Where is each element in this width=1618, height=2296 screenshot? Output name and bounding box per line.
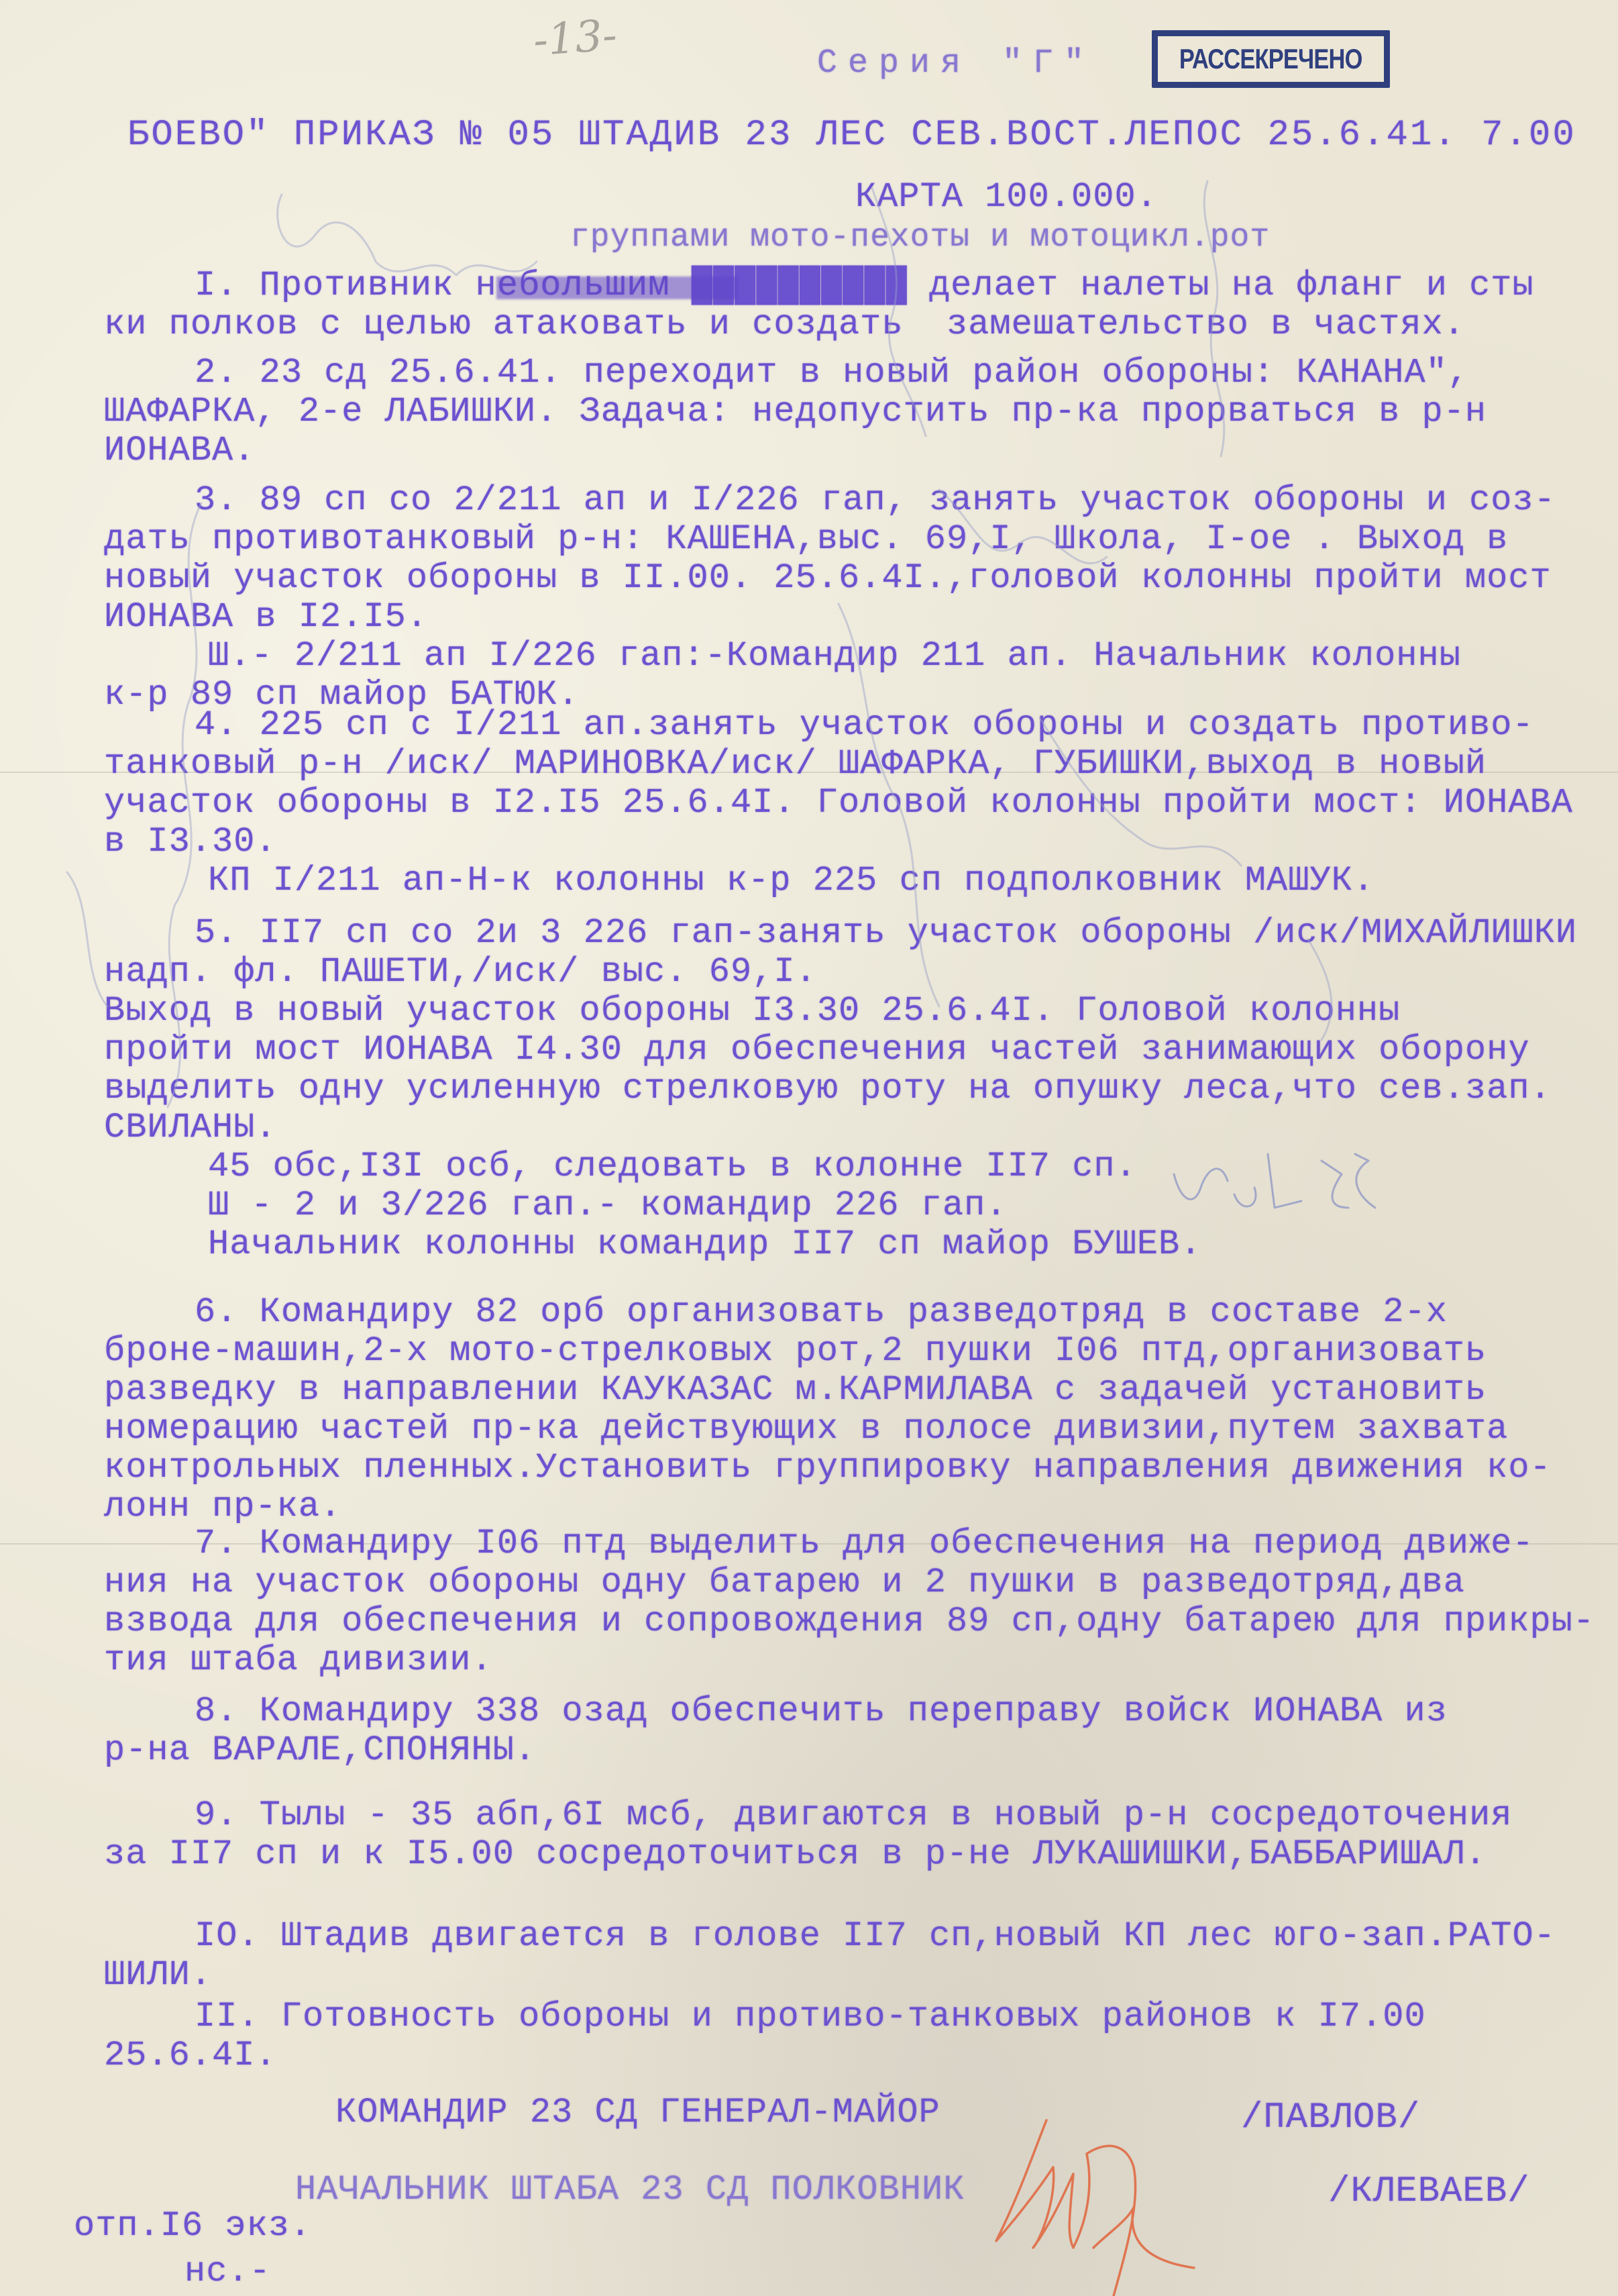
- paragraph-10-line: IO. Штадив двигается в голове II7 сп,нов…: [195, 1919, 1556, 1954]
- paragraph-8-line: 8. Командиру 338 озад обеспечить перепра…: [195, 1694, 1448, 1729]
- paragraph-9-line: 9. Тылы - 35 абп,6I мсб, двигаются в нов…: [195, 1798, 1513, 1833]
- paragraph-6-line: контрольных пленных.Установить группиров…: [104, 1451, 1552, 1485]
- paragraph-6-line: 6. Командиру 82 орб организовать разведо…: [195, 1295, 1448, 1330]
- red-signature-icon: [993, 2114, 1214, 2296]
- document-title: БОЕВО" ПРИКАЗ № 05 ШТАДИВ 23 ЛЕС СЕВ.ВОС…: [127, 117, 1576, 154]
- page-number: -13-: [532, 11, 619, 66]
- signature-title-chief-of-staff: НАЧАЛЬНИК ШТАБА 23 СД ПОЛКОВНИК: [295, 2173, 965, 2207]
- paragraph-8-line: р-на ВАРАЛЕ,СПОНЯНЫ.: [104, 1733, 536, 1768]
- paragraph-5-line: Начальник колонны командир II7 сп майор …: [208, 1227, 1201, 1262]
- pencil-annotation-icon: [0, 168, 1618, 1174]
- paragraph-6-line: разведку в направлении КАУКАЗАС м.КАРМИЛ…: [104, 1373, 1487, 1408]
- paragraph-6-line: лонн пр-ка.: [104, 1490, 341, 1524]
- paragraph-11-line: II. Готовность обороны и противо-танковы…: [195, 1999, 1426, 2034]
- paragraph-7-line: взвода для обеспечения и сопровождения 8…: [104, 1604, 1595, 1639]
- series-label: Серия "Г": [817, 47, 1095, 81]
- paragraph-6-line: броне-машин,2-х мото-стрелковых рот,2 пу…: [104, 1334, 1487, 1369]
- paragraph-10-line: ШИЛИ.: [104, 1958, 212, 1993]
- copies-count: отп.I6 экз.: [74, 2209, 311, 2244]
- typist-initials: нс.-: [184, 2254, 271, 2289]
- stamp-text: РАССЕКРЕЧЕНО: [1179, 43, 1362, 75]
- paragraph-7-line: 7. Командиру I06 птд выделить для обеспе…: [195, 1526, 1534, 1561]
- paragraph-11-line: 25.6.4I.: [104, 2038, 277, 2073]
- signature-name-chief-of-staff: /КЛЕВАЕВ/: [1328, 2174, 1530, 2210]
- declassified-stamp: РАССЕКРЕЧЕНО: [1152, 30, 1390, 88]
- paragraph-7-line: ния на участок обороны одну батарею и 2 …: [104, 1565, 1465, 1600]
- paragraph-6-line: номерацию частей пр-ка действующих в пол…: [104, 1412, 1508, 1447]
- paragraph-9-line: за II7 сп и к I5.00 сосредоточиться в р-…: [104, 1837, 1487, 1872]
- paragraph-5-line: Ш - 2 и 3/226 гап.- командир 226 гап.: [208, 1188, 1008, 1223]
- signature-name-commander: /ПАВЛОВ/: [1241, 2100, 1420, 2136]
- paragraph-7-line: тия штаба дивизии.: [104, 1643, 493, 1678]
- margin-note-icon: [1167, 1141, 1382, 1228]
- signature-title-commander: КОМАНДИР 23 СД ГЕНЕРАЛ-МАЙОР: [335, 2095, 940, 2130]
